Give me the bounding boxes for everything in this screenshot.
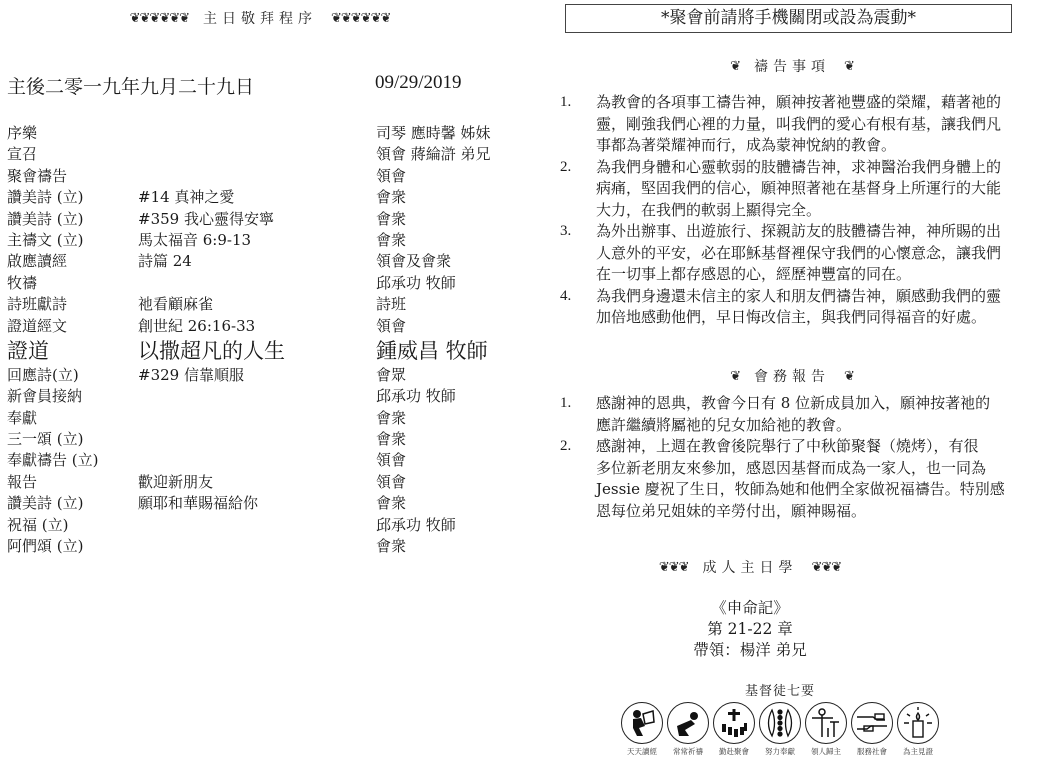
ornament-icon: ❦ [730,369,740,384]
program-item: 讚美詩 (立) [7,187,83,208]
serving-hands-icon [851,702,893,744]
item-text-line: 為外出辦事、出遊旅行、探親訪友的肢體禱告神，神所賜的出 [596,221,1038,243]
date-numeric: 09/29/2019 [375,72,462,94]
list-item: 1.感謝神的恩典，教會今日有 8 位新成員加入，願神按著祂的應許繼續將屬祂的兒女… [560,393,1038,436]
item-text-line: 感謝神，上週在教會後院舉行了中秋節聚餐（燒烤），有很 [596,436,1038,458]
program-item: 詩班獻詩 [7,294,67,315]
item-number: 4. [560,286,571,308]
program-detail: #359 我心靈得安寧 [138,209,274,230]
program-person: 鍾威昌 牧師 [376,337,488,365]
essential-item: 領人歸主 [804,702,848,757]
program-person: 領會 [376,166,406,187]
program-row: 序樂司琴 應時馨 姊妹 [7,123,517,144]
item-text-line: 大力，在我們的軟弱上顯得完全。 [596,200,1038,222]
item-text-line: 病痛，堅固我們的信心，願神照著祂在基督身上所運行的大能 [596,178,1038,200]
ornament-right: ❦❦❦ [812,560,842,575]
program-detail: 創世紀 26:16-33 [138,316,255,337]
program-row: 新會員接納邱承功 牧師 [7,386,517,407]
essential-label: 領人歸主 [811,746,841,757]
item-text-line: 靈，剛強我們心裡的力量，叫我們的愛心有根有基，讓我們凡 [596,114,1038,136]
item-text-line: 人意外的平安，必在耶穌基督裡保守我們的心懷意念，讓我們 [596,243,1038,265]
program-person: 領會 [376,316,406,337]
seven-essentials-title: 基督徒七要 [620,680,940,699]
program-item: 序樂 [7,123,37,144]
sunday-school-heading: ❦❦❦ 成人主日學 ❦❦❦ [600,557,900,577]
date-chinese: 主後二零一九年九月二十九日 [7,72,254,99]
program-person: 會衆 [376,429,406,450]
program-person: 領會 [376,450,406,471]
item-number: 1. [560,92,571,114]
program-item: 奉獻禱告 (立) [7,450,98,471]
item-text-line: 事都為著榮耀神而行，成為蒙神悅納的教會。 [596,135,1038,157]
program-row: 讚美詩 (立)#359 我心靈得安寧會衆 [7,209,517,230]
program-row: 牧禱邱承功 牧師 [7,273,517,294]
list-item: 1.為教會的各項事工禱告神，願神按著祂豐盛的榮耀，藉著祂的靈，剛強我們心裡的力量… [560,92,1038,157]
program-person: 會衆 [376,408,406,429]
item-text-line: 為教會的各項事工禱告神，願神按著祂豐盛的榮耀，藉著祂的 [596,92,1038,114]
essential-item: 為主見證 [896,702,940,757]
program-detail: #329 信靠順服 [138,365,244,386]
program-row: 回應詩(立)#329 信靠順服會眾 [7,365,517,386]
program-item: 證道經文 [7,316,67,337]
program-item: 宣召 [7,144,37,165]
list-item: 2.為我們身體和心靈軟弱的肢體禱告神，求神醫治我們身體上的病痛，堅固我們的信心，… [560,157,1038,222]
program-list: 序樂司琴 應時馨 姊妹宣召領會 蔣綸滸 弟兄聚會禱告領會讚美詩 (立)#14 真… [7,123,517,557]
program-detail: #14 真神之愛 [138,187,234,208]
program-row: 主禱文 (立)馬太福音 6:9-13會衆 [7,230,517,251]
item-text-line: 感謝神的恩典，教會今日有 8 位新成員加入，願神按著祂的 [596,393,1038,415]
program-person: 會衆 [376,536,406,557]
program-item: 阿們頌 (立) [7,536,83,557]
program-person: 領會及會衆 [376,251,451,272]
ornament-left: ❦❦❦ [659,560,689,575]
program-item: 聚會禱告 [7,166,67,187]
seven-essentials: 基督徒七要 天天讀經常常祈禱勤赴聚會努力奉獻領人歸主服務社會為主見證 [620,680,940,757]
candle-light-icon [897,702,939,744]
essential-item: 天天讀經 [620,702,664,757]
essential-label: 服務社會 [857,746,887,757]
program-detail: 以撒超凡的人生 [138,337,285,365]
news-list: 1.感謝神的恩典，教會今日有 8 位新成員加入，願神按著祂的應許繼續將屬祂的兒女… [560,393,1038,522]
program-row: 祝福 (立)邱承功 牧師 [7,515,517,536]
program-item: 牧禱 [7,273,37,294]
program-row: 讚美詩 (立)#14 真神之愛會衆 [7,187,517,208]
reading-bible-icon [621,702,663,744]
program-row: 奉獻會衆 [7,408,517,429]
program-person: 會眾 [376,365,406,386]
program-item: 祝福 (立) [7,515,68,536]
prayer-heading: ❦ 禱告事項 ❦ [540,56,1044,76]
item-text-line: Jessie 慶祝了生日，牧師為她和他們全家做祝福禱告。特別感 [596,479,1038,501]
sunday-school-leader: 帶領：楊洋 弟兄 [650,640,850,661]
ornament-icon: ❦ [844,369,854,384]
ornament-right: ❦❦❦❦❦❦ [331,11,390,26]
program-item: 主禱文 (立) [7,230,83,251]
program-item: 奉獻 [7,408,37,429]
program-row: 宣召領會 蔣綸滸 弟兄 [7,144,517,165]
prayer-list: 1.為教會的各項事工禱告神，願神按著祂豐盛的榮耀，藉著祂的靈，剛強我們心裡的力量… [560,92,1038,329]
essential-label: 為主見證 [903,746,933,757]
list-item: 2.感謝神，上週在教會後院舉行了中秋節聚餐（燒烤），有很多位新老朋友來參加，感恩… [560,436,1038,522]
essential-label: 努力奉獻 [765,746,795,757]
program-person: 司琴 應時馨 姊妹 [376,123,491,144]
program-person: 領會 蔣綸滸 弟兄 [376,144,491,165]
program-title: 主日敬拜程序 [203,8,317,28]
program-item: 三一頌 (立) [7,429,83,450]
program-item: 回應詩(立) [7,365,79,386]
item-text-line: 多位新老朋友來參加，感恩因基督而成為一家人，也一同為 [596,458,1038,480]
ornament-icon: ❦ [730,59,740,74]
item-text-line: 應許繼續將屬祂的兒女加給祂的教會。 [596,415,1038,437]
program-row: 證道以撒超凡的人生鍾威昌 牧師 [7,337,517,365]
essential-item: 常常祈禱 [666,702,710,757]
program-person: 會衆 [376,187,406,208]
ornament-left: ❦❦❦❦❦❦ [130,11,189,26]
essential-label: 天天讀經 [627,746,657,757]
item-text-line: 在一切事上都存感恩的心，經歷神豐富的同在。 [596,264,1038,286]
fish-coins-icon [759,702,801,744]
essential-item: 勤赴聚會 [712,702,756,757]
essential-item: 努力奉獻 [758,702,802,757]
kneeling-prayer-icon [667,702,709,744]
program-row: 三一頌 (立)會衆 [7,429,517,450]
item-text-line: 為我們身體和心靈軟弱的肢體禱告神，求神醫治我們身體上的 [596,157,1038,179]
program-person: 領會 [376,472,406,493]
program-item: 讚美詩 (立) [7,209,83,230]
item-number: 3. [560,221,571,243]
program-person: 邱承功 牧師 [376,515,456,536]
program-item: 報告 [7,472,37,493]
program-row: 阿們頌 (立)會衆 [7,536,517,557]
news-heading: ❦ 會務報告 ❦ [540,366,1044,386]
list-item: 4.為我們身邊還未信主的家人和朋友們禱告神，願感動我們的靈加倍地感動他們，早日悔… [560,286,1038,329]
program-row: 聚會禱告領會 [7,166,517,187]
program-person: 詩班 [376,294,406,315]
sunday-school-info: 《申命記》 第 21-22 章 帶領：楊洋 弟兄 [650,598,850,661]
program-person: 邱承功 牧師 [376,273,456,294]
program-detail: 馬太福音 6:9-13 [138,230,251,251]
program-person: 會衆 [376,493,406,514]
program-row: 讚美詩 (立)願耶和華賜福給你會衆 [7,493,517,514]
item-text-line: 為我們身邊還未信主的家人和朋友們禱告神，願感動我們的靈 [596,286,1038,308]
item-number: 2. [560,436,571,458]
program-heading: ❦❦❦❦❦❦ 主日敬拜程序 ❦❦❦❦❦❦ [0,8,520,28]
program-row: 證道經文創世紀 26:16-33領會 [7,316,517,337]
sunday-school-chapters: 第 21-22 章 [650,619,850,640]
program-person: 會衆 [376,209,406,230]
leading-to-cross-icon [805,702,847,744]
program-detail: 詩篇 24 [138,251,192,272]
program-item: 證道 [7,337,49,365]
item-text-line: 恩每位弟兄姐妹的辛勞付出，願神賜福。 [596,501,1038,523]
program-detail: 歡迎新朋友 [138,472,213,493]
essential-label: 常常祈禱 [673,746,703,757]
program-detail: 祂看顧麻雀 [138,294,213,315]
essential-item: 服務社會 [850,702,894,757]
item-number: 2. [560,157,571,179]
announcements-page: *聚會前請將手機關閉或設為震動* ❦ 禱告事項 ❦ 1.為教會的各項事工禱告神，… [540,0,1044,768]
program-item: 讚美詩 (立) [7,493,83,514]
program-person: 會衆 [376,230,406,251]
prayer-title: 禱告事項 [754,56,830,76]
ornament-icon: ❦ [844,59,854,74]
sunday-school-title: 成人主日學 [703,557,798,577]
program-item: 啟應讀經 [7,251,67,272]
item-number: 1. [560,393,571,415]
news-title: 會務報告 [754,366,830,386]
program-detail: 願耶和華賜福給你 [138,493,258,514]
phone-notice-box: *聚會前請將手機關閉或設為震動* [565,4,1012,33]
program-row: 啟應讀經詩篇 24領會及會衆 [7,251,517,272]
congregation-cross-icon [713,702,755,744]
program-person: 邱承功 牧師 [376,386,456,407]
sunday-school-book: 《申命記》 [650,598,850,619]
program-row: 報告歡迎新朋友領會 [7,472,517,493]
worship-program-page: ❦❦❦❦❦❦ 主日敬拜程序 ❦❦❦❦❦❦ 主後二零一九年九月二十九日 09/29… [0,0,520,768]
program-row: 詩班獻詩祂看顧麻雀詩班 [7,294,517,315]
program-item: 新會員接納 [7,386,82,407]
seven-essentials-icons: 天天讀經常常祈禱勤赴聚會努力奉獻領人歸主服務社會為主見證 [620,702,940,757]
item-text-line: 加倍地感動他們，早日悔改信主，與我們同得福音的好處。 [596,307,1038,329]
program-row: 奉獻禱告 (立)領會 [7,450,517,471]
list-item: 3.為外出辦事、出遊旅行、探親訪友的肢體禱告神，神所賜的出人意外的平安，必在耶穌… [560,221,1038,286]
essential-label: 勤赴聚會 [719,746,749,757]
